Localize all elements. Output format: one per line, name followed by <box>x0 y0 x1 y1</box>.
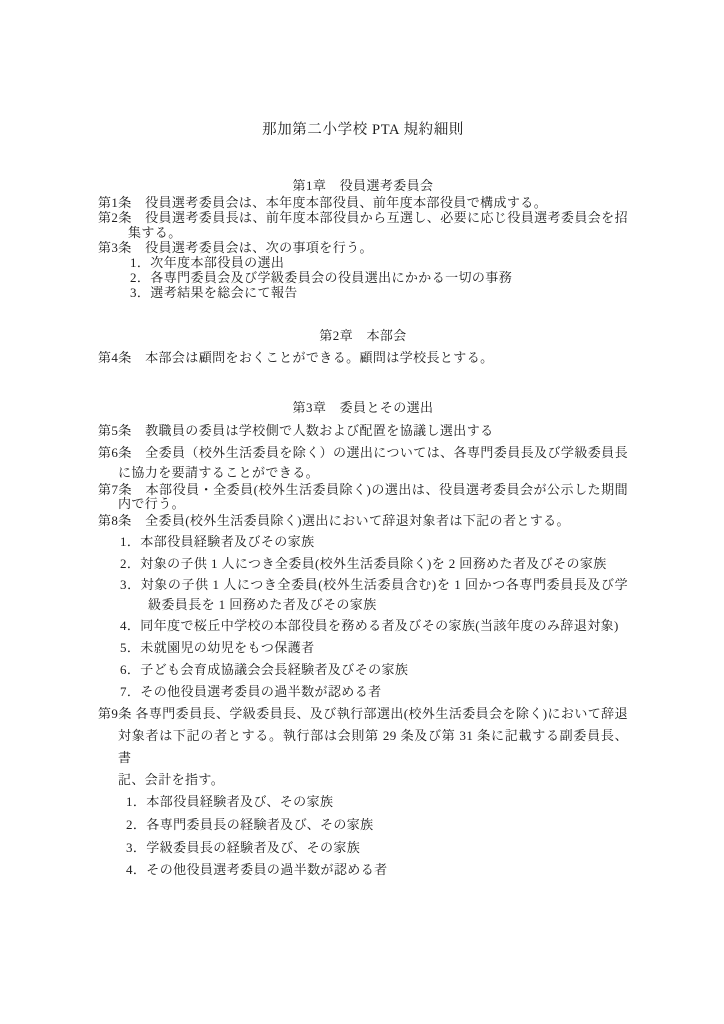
article-9-item-2: 2．各専門委員長の経験者及び、その家族 <box>98 813 628 837</box>
article-8-item-6: 6．子ども会育成協議会会長経験者及びその家族 <box>98 659 628 681</box>
article-8-item-5: 5．未就園児の幼児をもつ保護者 <box>98 637 628 659</box>
article-8-item-3-continuation: 級委員長を 1 回務めた者及びその家族 <box>98 594 628 615</box>
chapter-3-heading: 第3章 委員とその選出 <box>98 400 628 415</box>
document-page: 那加第二小学校 PTA 規約細則 第1章 役員選考委員会 第1条 役員選考委員会… <box>0 0 724 1024</box>
article-2-continuation: 集する。 <box>98 225 628 240</box>
article-9-continuation-2: 記、会計を指す。 <box>98 769 628 791</box>
article-9-item-4: 4．その他役員選考委員の過半数が認める者 <box>98 859 628 881</box>
article-8-item-4: 4．同年度で桜丘中学校の本部役員を務める者及びその家族(当該年度のみ辞退対象) <box>98 615 628 637</box>
article-3-item-3: 3．選考結果を総会にて報告 <box>98 285 628 300</box>
article-9-continuation-1: 対象者は下記の者とする。執行部は会則第 29 条及び第 31 条に記載する副委員… <box>98 725 628 769</box>
article-5: 第5条 教職員の委員は学校側で人数および配置を協議し選出する <box>98 420 628 442</box>
article-3-item-1: 1．次年度本部役員の選出 <box>98 255 628 270</box>
article-9-item-3: 3．学級委員長の経験者及び、その家族 <box>98 837 628 859</box>
article-8: 第8条 全委員(校外生活委員除く)選出において辞退対象者は下記の者とする。 <box>98 511 628 531</box>
article-9-item-1: 1．本部役員経験者及び、その家族 <box>98 791 628 813</box>
article-9: 第9条 各専門委員長、学級委員長、及び執行部選出(校外生活委員会を除く)において… <box>98 703 628 725</box>
article-8-item-2: 2．対象の子供 1 人につき全委員(校外生活委員除く)を 2 回務めた者及びその… <box>98 553 628 575</box>
article-8-item-7: 7．その他役員選考委員の過半数が認める者 <box>98 681 628 703</box>
article-1: 第1条 役員選考委員会は、本年度本部役員、前年度本部役員で構成する。 <box>98 195 628 210</box>
article-4: 第4条 本部会は顧問をおくことができる。顧問は学校長とする。 <box>98 350 628 365</box>
document-title: 那加第二小学校 PTA 規約細則 <box>98 121 628 139</box>
article-3: 第3条 役員選考委員会は、次の事項を行う。 <box>98 240 628 255</box>
article-2: 第2条 役員選考委員長は、前年度本部役員から互選し、必要に応じ役員選考委員会を招 <box>98 210 628 225</box>
article-7: 第7条 本部役員・全委員(校外生活委員除く)の選出は、役員選考委員会が公示した期… <box>98 482 628 497</box>
article-7-continuation: 内で行う。 <box>98 497 628 511</box>
chapter-2-heading: 第2章 本部会 <box>98 328 628 343</box>
article-8-item-3: 3．対象の子供 1 人につき全委員(校外生活委員含む)を 1 回かつ各専門委員長… <box>98 575 628 594</box>
chapter-1-heading: 第1章 役員選考委員会 <box>98 178 628 193</box>
article-6: 第6条 全委員（校外生活委員を除く）の選出については、各専門委員長及び学級委員長 <box>98 442 628 464</box>
article-3-item-2: 2．各専門委員会及び学級委員会の役員選出にかかる一切の事務 <box>98 270 628 285</box>
article-8-item-1: 1．本部役員経験者及びその家族 <box>98 531 628 553</box>
article-6-continuation: に協力を要請することができる。 <box>98 464 628 482</box>
